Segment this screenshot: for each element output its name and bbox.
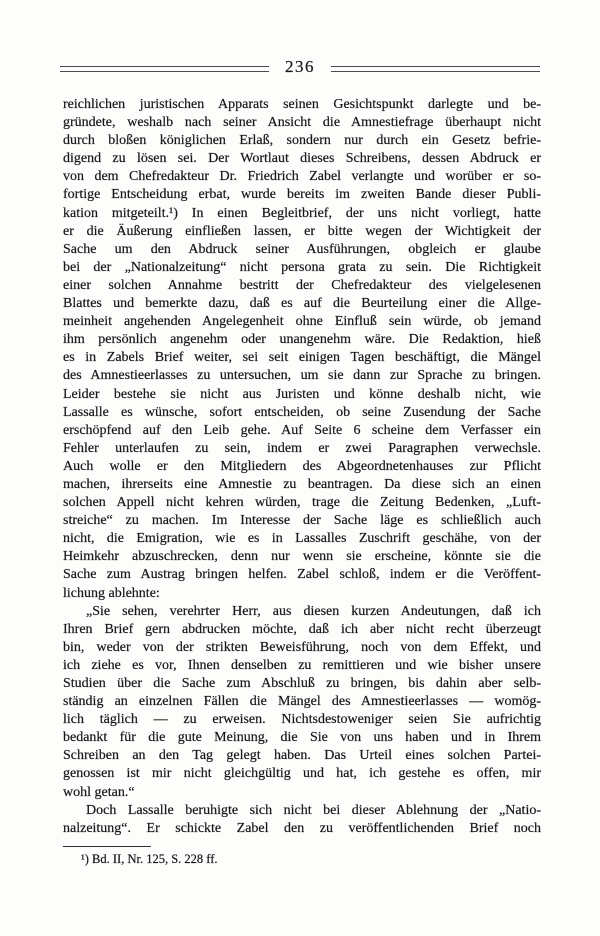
- text-line: Doch Lassalle beruhigte sich nicht bei d…: [63, 802, 541, 820]
- text-line: erschöpfend auf den Leib gehe. Auf Seite…: [63, 422, 541, 440]
- text-line: „Sie sehen, verehrter Herr, aus diesen k…: [63, 603, 541, 621]
- text-line: fortige Entscheidung erbat, wurde bereit…: [63, 186, 541, 204]
- text-line: reichlichen juristischen Apparats seinen…: [63, 96, 541, 114]
- text-line: Sache um den Abdruck seiner Ausführungen…: [63, 241, 541, 259]
- text-line: Blattes und bemerkte dazu, daß es auf di…: [63, 295, 541, 313]
- text-line: ich ziehe es vor, Ihnen denselben zu rem…: [63, 657, 541, 675]
- book-page: 236 reichlichen juristischen Apparats se…: [0, 0, 600, 936]
- paragraph: Doch Lassalle beruhigte sich nicht bei d…: [63, 802, 541, 838]
- paragraph: „Sie sehen, verehrter Herr, aus diesen k…: [63, 603, 541, 802]
- text-line: Auch wolle er den Mitgliedern des Abgeor…: [63, 458, 541, 476]
- footnote: ¹) Bd. II, Nr. 125, S. 228 ff.: [81, 851, 218, 868]
- text-line: ständig an einzelnen Fällen die Mängel d…: [63, 693, 541, 711]
- page-body: reichlichen juristischen Apparats seinen…: [63, 96, 541, 838]
- text-line: des Amnestieerlasses zu untersuchen, um …: [63, 367, 541, 385]
- text-line: bin, weder von der strikten Beweisführun…: [63, 639, 541, 657]
- text-line: Ihren Brief gern abdrucken möchte, daß i…: [63, 621, 541, 639]
- text-line: Studien über die Sache zum Abschluß zu b…: [63, 675, 541, 693]
- text-line: gründete, weshalb nach seiner Ansicht di…: [63, 114, 541, 132]
- text-line: Heimkehr abzuschrecken, denn nur wenn si…: [63, 548, 541, 566]
- text-line: digend zu lösen sei. Der Wortlaut dieses…: [63, 150, 541, 168]
- page-header: 236: [60, 58, 540, 80]
- text-line: durch bloßen königlichen Erlaß, sondern …: [63, 132, 541, 150]
- text-line: lich täglich — zu erweisen. Nichtsdestow…: [63, 711, 541, 729]
- text-line: solchen Appell nicht kehren würden, trag…: [63, 494, 541, 512]
- text-line: streiche“ zu machen. Im Interesse der Sa…: [63, 512, 541, 530]
- text-line: Fehler unterlaufen zu sein, indem er zwe…: [63, 440, 541, 458]
- text-line: lichung ablehnte:: [63, 585, 541, 603]
- text-line: meinheit angehenden Angelegenheit ohne E…: [63, 313, 541, 331]
- text-line: es in Zabels Brief weiter, sei seit eini…: [63, 349, 541, 367]
- text-line: von dem Chefredakteur Dr. Friedrich Zabe…: [63, 168, 541, 186]
- text-line: einer solchen Annahme bestritt der Chefr…: [63, 277, 541, 295]
- footnote-separator: [63, 846, 151, 847]
- text-line: genossen ist mir nicht gleichgültig und …: [63, 765, 541, 783]
- paragraph: reichlichen juristischen Apparats seinen…: [63, 96, 541, 603]
- text-line: nicht, die Emigration, wie es in Lassall…: [63, 530, 541, 548]
- text-line: ihm persönlich angenehm oder unangenehm …: [63, 331, 541, 349]
- text-line: Leider bestehe sie nicht aus Juristen un…: [63, 386, 541, 404]
- header-rule-left: [60, 66, 269, 72]
- text-line: bei der „Nationalzeitung“ nicht persona …: [63, 259, 541, 277]
- text-line: Sache zum Austrag bringen helfen. Zabel …: [63, 566, 541, 584]
- text-line: Lassalle es wünsche, sofort entscheiden,…: [63, 404, 541, 422]
- text-line: wohl getan.“: [63, 784, 541, 802]
- text-line: bedankt für die gute Meinung, die Sie vo…: [63, 729, 541, 747]
- text-line: machen, ihrerseits eine Amnestie zu bean…: [63, 476, 541, 494]
- text-line: nalzeitung“. Er schickte Zabel den zu ve…: [63, 820, 541, 838]
- text-line: er die Äußerung einfließen lassen, er bi…: [63, 223, 541, 241]
- text-line: Schreiben an den Tag gelegt haben. Das U…: [63, 747, 541, 765]
- header-rule-right: [331, 66, 540, 72]
- text-line: kation mitgeteilt.¹) In einen Begleitbri…: [63, 205, 541, 223]
- page-number: 236: [285, 57, 315, 77]
